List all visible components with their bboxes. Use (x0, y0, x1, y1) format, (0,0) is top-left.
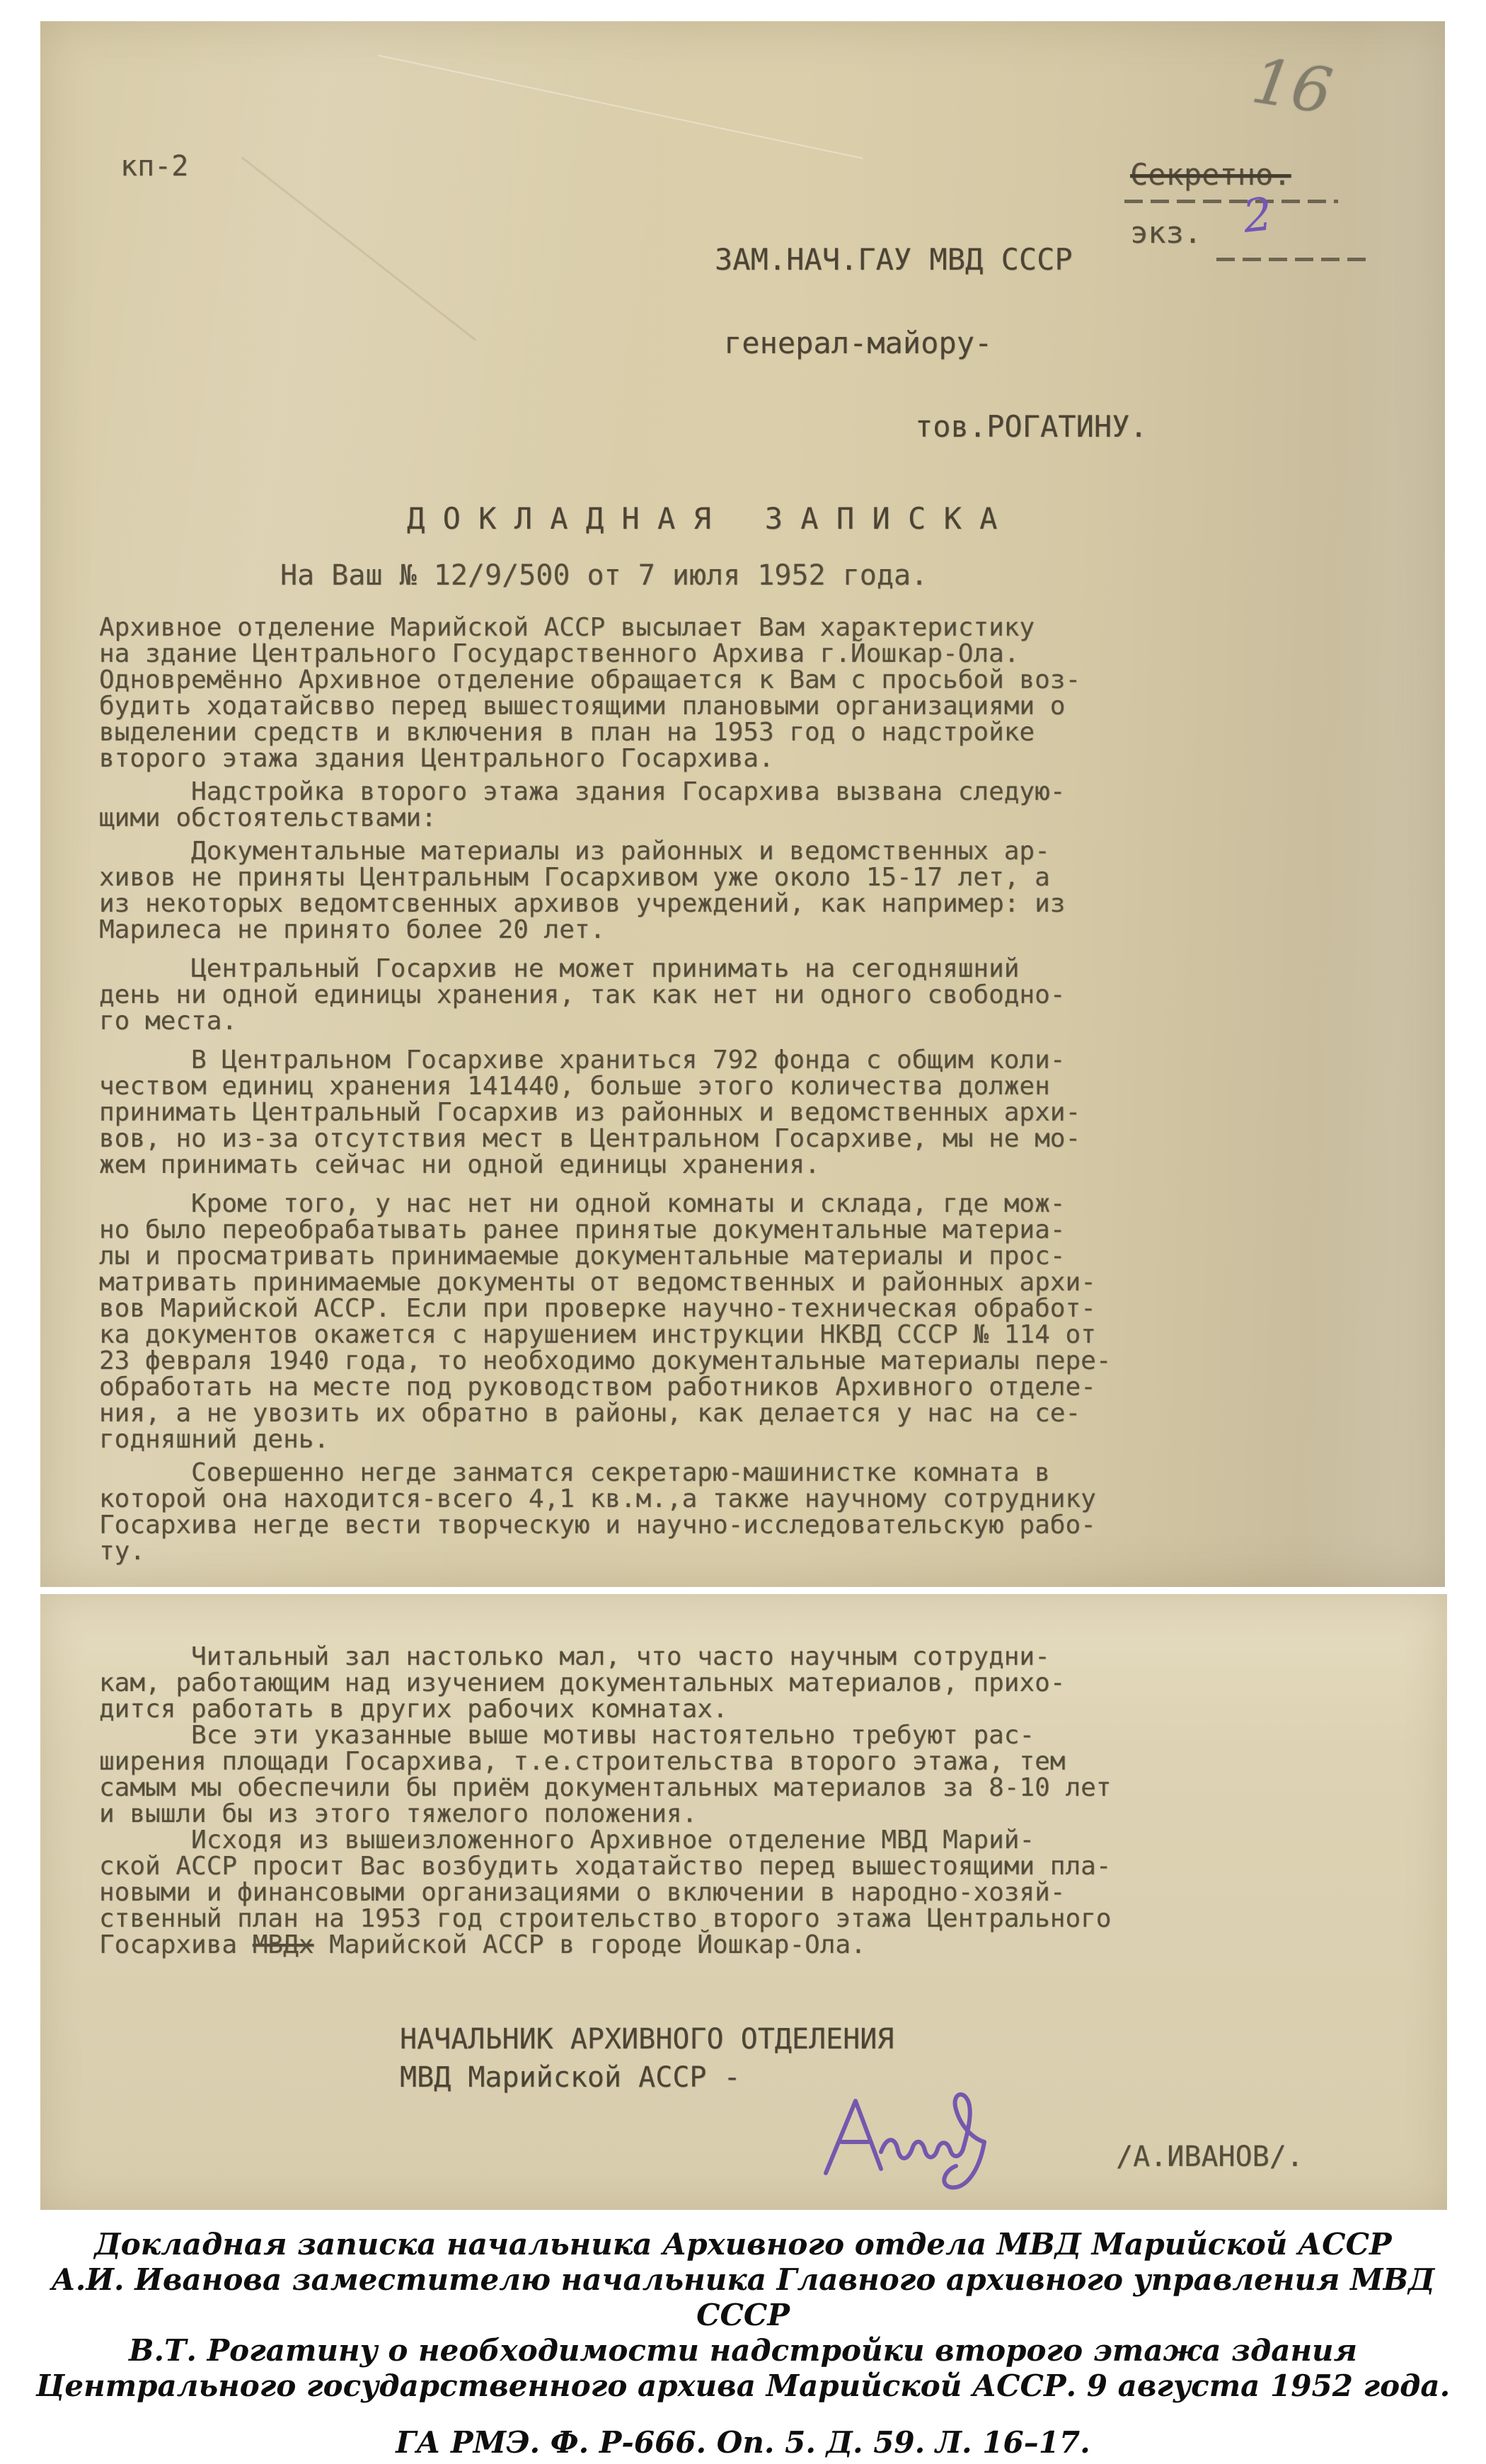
handwritten-signature-icon (812, 2082, 1024, 2203)
paragraph: В Центральном Госархиве храниться 792 фо… (99, 1047, 1373, 1178)
reference-line: На Ваш № 12/9/500 от 7 июля 1952 года. (280, 559, 928, 592)
caption-block: Докладная записка начальника Архивного о… (0, 2227, 1486, 2460)
page2-body-text: Читальный зал настолько мал, что часто н… (99, 1644, 1387, 1958)
caption-line: В.Т. Рогатину о необходимости надстройки… (0, 2333, 1486, 2368)
signoff-org-line: МВД Марийской АССР - (400, 2061, 741, 2094)
scanned-document-view: { "page1": { "corner_page_number": "16",… (0, 0, 1486, 2464)
kp-index-number: кп-2 (120, 150, 188, 183)
secret-stamp-struck: Секретно. (1130, 157, 1291, 192)
paper-crease (378, 55, 863, 159)
paper-crease (241, 156, 477, 341)
caption-line: А.И. Иванова заместителю начальника Глав… (0, 2262, 1486, 2333)
paragraph: Центральный Госархив не может принимать … (99, 956, 1373, 1034)
archive-reference: ГА РМЭ. Ф. Р-666. Оп. 5. Д. 59. Л. 16–17… (0, 2425, 1486, 2460)
signoff-position-line: НАЧАЛЬНИК АРХИВНОГО ОТДЕЛЕНИЯ (400, 2023, 894, 2056)
addressee-name-line: тов.РОГАТИНУ. (915, 409, 1148, 444)
body-text-segment: Читальный зал настолько мал, что часто н… (99, 1642, 1111, 1959)
page-number-handwritten: 16 (1248, 44, 1337, 128)
copy-number-handwritten: 2 (1240, 188, 1274, 243)
struck-out-word: МВДх (253, 1930, 314, 1959)
document-title: Д О К Л А Д Н А Я З А П И С К А (407, 501, 997, 536)
paragraph: Архивное отделение Марийской АССР высыла… (99, 614, 1373, 772)
paragraph: Документальные материалы из районных и в… (99, 838, 1373, 943)
typed-dashed-underline (1216, 258, 1371, 261)
copy-number-label: экз. (1130, 215, 1202, 250)
paragraph: Совершенно негде занматся секретарю-маши… (99, 1460, 1373, 1564)
caption-line: Центрального государственного архива Мар… (0, 2368, 1486, 2404)
paragraph: Надстройка второго этажа здания Госархив… (99, 779, 1373, 831)
caption-line: Докладная записка начальника Архивного о… (0, 2227, 1486, 2262)
typed-signature-name: /А.ИВАНОВ/. (1116, 2141, 1303, 2173)
body-text-segment: Марийской АССР в городе Йошкар-Ола. (313, 1930, 865, 1959)
addressee-rank-line: генерал-майору- (724, 326, 992, 360)
scan-page-2: Читальный зал настолько мал, что часто н… (40, 1594, 1447, 2210)
addressee-org-line: ЗАМ.НАЧ.ГАУ МВД СССР (715, 242, 1073, 277)
scan-page-1: 16 кп-2 Секретно. экз. 2 ЗАМ.НАЧ.ГАУ МВД… (40, 21, 1445, 1587)
typed-dashed-underline (1124, 200, 1338, 203)
page1-body-text: Архивное отделение Марийской АССР высыла… (99, 614, 1373, 1571)
paragraph: Кроме того, у нас нет ни одной комнаты и… (99, 1191, 1373, 1452)
